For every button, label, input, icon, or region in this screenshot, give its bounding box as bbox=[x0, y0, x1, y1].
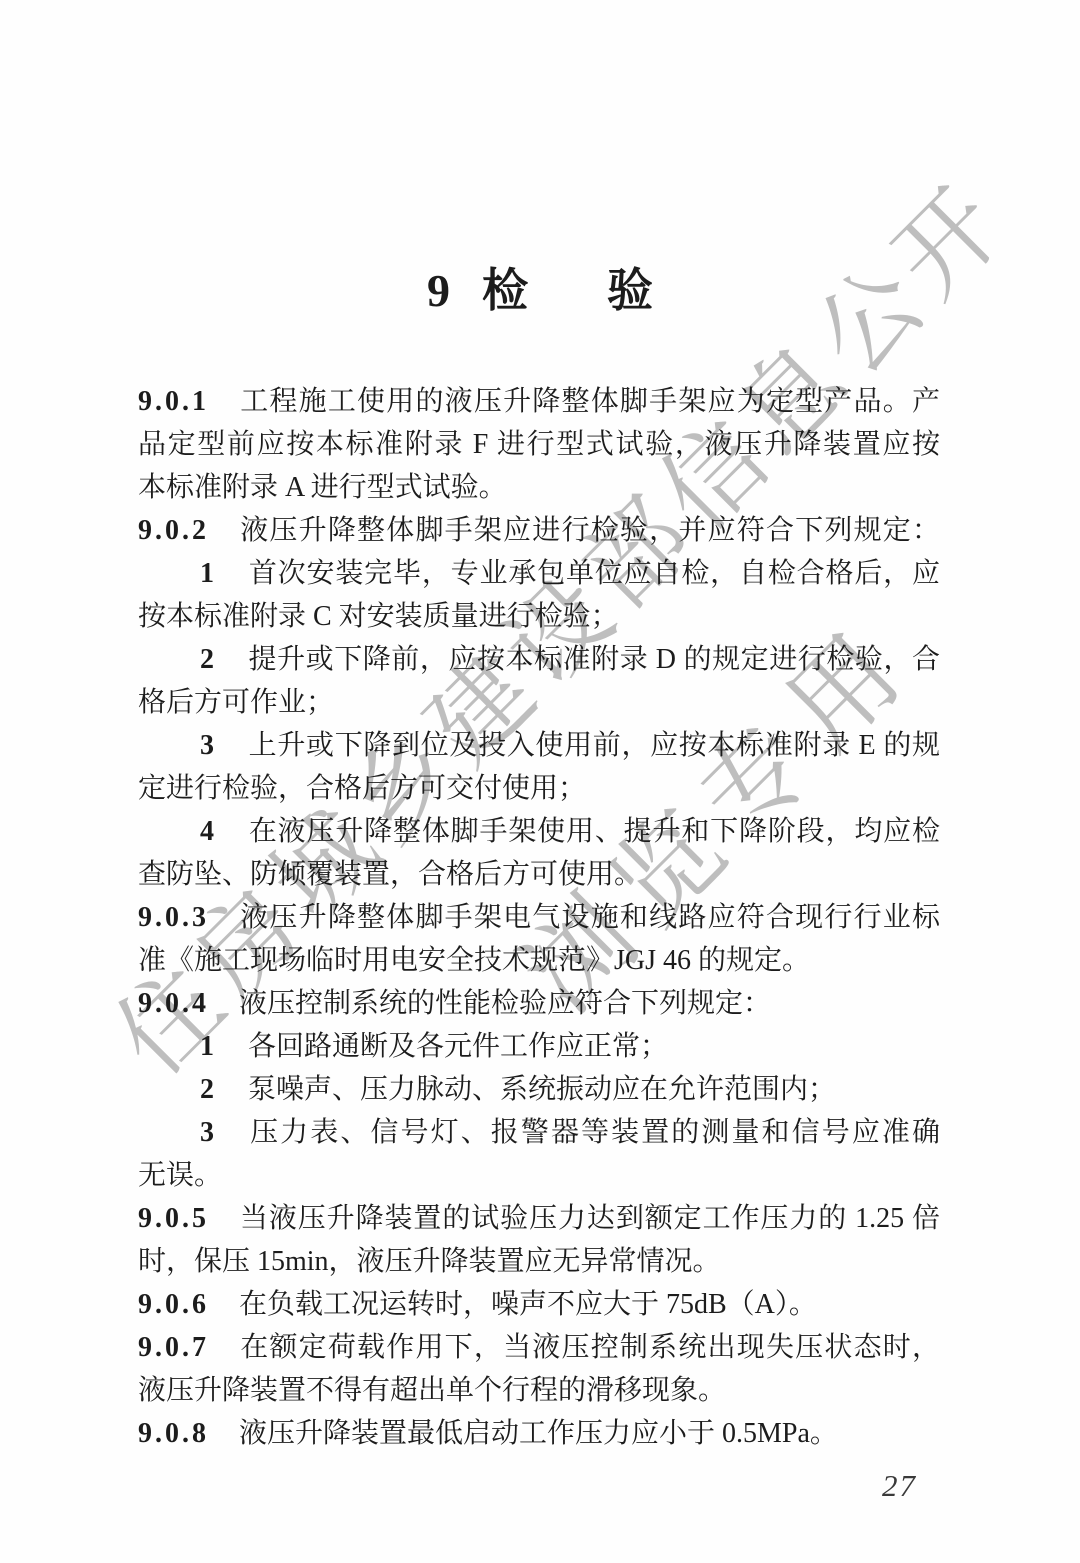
line-text: 无误。 bbox=[138, 1160, 222, 1191]
line-text: 液压升降整体脚手架电气设施和线路应符合现行行业标 bbox=[239, 902, 940, 933]
clause-number: 9.0.2 bbox=[138, 515, 209, 546]
text-line: 定进行检验，合格后方可交付使用； bbox=[138, 767, 940, 810]
text-line: 本标准附录 A 进行型式试验。 bbox=[138, 466, 940, 509]
line-text: 在液压升降整体脚手架使用、提升和下降阶段，均应检 bbox=[248, 816, 940, 847]
line-text: 泵噪声、压力脉动、系统振动应在允许范围内； bbox=[248, 1074, 836, 1105]
text-line: 1各回路通断及各元件工作应正常； bbox=[138, 1025, 940, 1068]
text-line: 4在液压升降整体脚手架使用、提升和下降阶段，均应检 bbox=[138, 810, 940, 853]
item-number: 1 bbox=[200, 558, 214, 589]
line-text: 提升或下降前，应按本标准附录 D 的规定进行检验，合 bbox=[248, 644, 940, 675]
page-number: 27 bbox=[882, 1468, 917, 1504]
line-text: 各回路通断及各元件工作应正常； bbox=[248, 1031, 668, 1062]
item-number: 3 bbox=[200, 730, 214, 761]
line-text: 按本标准附录 C 对安装质量进行检验； bbox=[138, 601, 619, 632]
clause-number: 9.0.6 bbox=[138, 1289, 209, 1320]
clause-number: 9.0.1 bbox=[138, 386, 209, 417]
chapter-title-char-2: 验 bbox=[607, 265, 653, 316]
line-text: 液压升降装置不得有超出单个行程的滑移现象。 bbox=[138, 1375, 726, 1406]
line-text: 上升或下降到位及投入使用前，应按本标准附录 E 的规 bbox=[248, 730, 940, 761]
clause-number: 9.0.7 bbox=[138, 1332, 209, 1363]
line-text: 当液压升降装置的试验压力达到额定工作压力的 1.25 倍 bbox=[239, 1203, 940, 1234]
text-line: 无误。 bbox=[138, 1154, 940, 1197]
item-number: 4 bbox=[200, 816, 214, 847]
item-number: 2 bbox=[200, 644, 214, 675]
text-line: 格后方可作业； bbox=[138, 681, 940, 724]
line-text: 液压升降整体脚手架应进行检验，并应符合下列规定： bbox=[239, 515, 940, 546]
text-line: 准《施工现场临时用电安全技术规范》JGJ 46 的规定。 bbox=[138, 939, 940, 982]
item-number: 2 bbox=[200, 1074, 214, 1105]
chapter-title-char-1: 检 bbox=[482, 265, 528, 316]
text-line: 2提升或下降前，应按本标准附录 D 的规定进行检验，合 bbox=[138, 638, 940, 681]
text-line: 查防坠、防倾覆装置，合格后方可使用。 bbox=[138, 853, 940, 896]
line-text: 首次安装完毕，专业承包单位应自检，自检合格后，应 bbox=[248, 558, 940, 589]
text-line: 液压升降装置不得有超出单个行程的滑移现象。 bbox=[138, 1369, 940, 1412]
line-text: 格后方可作业； bbox=[138, 687, 334, 718]
document-page: 住房城乡建设部信息公开 浏览专用 9检验 9.0.1工程施工使用的液压升降整体脚… bbox=[0, 0, 1080, 1563]
content-layer: 9检验 9.0.1工程施工使用的液压升降整体脚手架应为定型产品。产品定型前应按本… bbox=[0, 0, 1080, 1563]
text-line: 3压力表、信号灯、报警器等装置的测量和信号应准确 bbox=[138, 1111, 940, 1154]
body-text: 9.0.1工程施工使用的液压升降整体脚手架应为定型产品。产品定型前应按本标准附录… bbox=[138, 380, 940, 1455]
text-line: 2泵噪声、压力脉动、系统振动应在允许范围内； bbox=[138, 1068, 940, 1111]
text-line: 9.0.1工程施工使用的液压升降整体脚手架应为定型产品。产 bbox=[138, 380, 940, 423]
line-text: 准《施工现场临时用电安全技术规范》JGJ 46 的规定。 bbox=[138, 945, 810, 976]
text-line: 1首次安装完毕，专业承包单位应自检，自检合格后，应 bbox=[138, 552, 940, 595]
line-text: 液压升降装置最低启动工作压力应小于 0.5MPa。 bbox=[239, 1418, 838, 1449]
line-text: 在负载工况运转时，噪声不应大于 75dB（A）。 bbox=[239, 1289, 817, 1320]
text-line: 9.0.7在额定荷载作用下，当液压控制系统出现失压状态时， bbox=[138, 1326, 940, 1369]
line-text: 品定型前应按本标准附录 F 进行型式试验，液压升降装置应按 bbox=[138, 429, 940, 460]
line-text: 工程施工使用的液压升降整体脚手架应为定型产品。产 bbox=[239, 386, 940, 417]
text-line: 9.0.5当液压升降装置的试验压力达到额定工作压力的 1.25 倍 bbox=[138, 1197, 940, 1240]
text-line: 9.0.8液压升降装置最低启动工作压力应小于 0.5MPa。 bbox=[138, 1412, 940, 1455]
item-number: 3 bbox=[200, 1117, 214, 1148]
clause-number: 9.0.3 bbox=[138, 902, 209, 933]
line-text: 在额定荷载作用下，当液压控制系统出现失压状态时， bbox=[239, 1332, 940, 1363]
text-line: 9.0.4液压控制系统的性能检验应符合下列规定： bbox=[138, 982, 940, 1025]
text-line: 按本标准附录 C 对安装质量进行检验； bbox=[138, 595, 940, 638]
text-line: 3上升或下降到位及投入使用前，应按本标准附录 E 的规 bbox=[138, 724, 940, 767]
text-line: 9.0.2液压升降整体脚手架应进行检验，并应符合下列规定： bbox=[138, 509, 940, 552]
line-text: 定进行检验，合格后方可交付使用； bbox=[138, 773, 586, 804]
chapter-title: 9检验 bbox=[0, 266, 1080, 316]
text-line: 9.0.3液压升降整体脚手架电气设施和线路应符合现行行业标 bbox=[138, 896, 940, 939]
clause-number: 9.0.5 bbox=[138, 1203, 209, 1234]
text-line: 9.0.6在负载工况运转时，噪声不应大于 75dB（A）。 bbox=[138, 1283, 940, 1326]
item-number: 1 bbox=[200, 1031, 214, 1062]
line-text: 查防坠、防倾覆装置，合格后方可使用。 bbox=[138, 859, 642, 890]
text-line: 时，保压 15min，液压升降装置应无异常情况。 bbox=[138, 1240, 940, 1283]
line-text: 本标准附录 A 进行型式试验。 bbox=[138, 472, 507, 503]
clause-number: 9.0.4 bbox=[138, 988, 209, 1019]
line-text: 压力表、信号灯、报警器等装置的测量和信号应准确 bbox=[248, 1117, 940, 1148]
text-line: 品定型前应按本标准附录 F 进行型式试验，液压升降装置应按 bbox=[138, 423, 940, 466]
line-text: 液压控制系统的性能检验应符合下列规定： bbox=[239, 988, 771, 1019]
clause-number: 9.0.8 bbox=[138, 1418, 209, 1449]
line-text: 时，保压 15min，液压升降装置应无异常情况。 bbox=[138, 1246, 721, 1277]
chapter-number: 9 bbox=[427, 265, 450, 316]
